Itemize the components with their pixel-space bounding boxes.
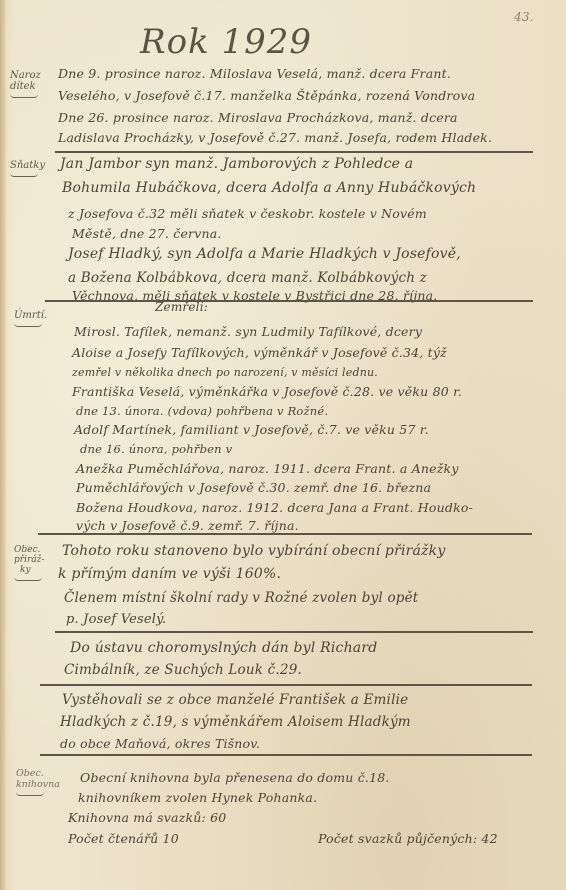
deaths-line: zemřel v několika dnech po narození, v m… — [72, 366, 378, 379]
section-divider — [55, 151, 533, 153]
chronicle-page: 43. Rok 1929 Naroz dítek Dne 9. prosince… — [0, 0, 566, 890]
deaths-line: Františka Veselá, výměnkářka v Josefově … — [72, 384, 462, 399]
emigration-line: Vystěhovali se z obce manželé František … — [62, 692, 408, 708]
page-number: 43. — [514, 10, 534, 24]
section-divider — [38, 533, 532, 535]
emigration-line: do obce Maňová, okres Tišnov. — [60, 736, 260, 751]
surcharges-line: Členem místní školní rady v Rožné zvolen… — [64, 590, 418, 606]
deaths-line: Adolf Martínek, familiant v Josefově, č.… — [74, 422, 429, 437]
births-line: Veselého, v Josefově č.17. manželka Štěp… — [58, 88, 475, 103]
emigration-line: Hladkých z č.19, s výměnkářem Aloisem Hl… — [60, 714, 411, 730]
surcharges-line: k přímým daním ve výši 160%. — [58, 566, 281, 582]
margin-label-library: Obec. knihovna — [16, 768, 60, 796]
deaths-line: dne 16. února, pohřben v — [80, 442, 232, 456]
library-line: knihovníkem zvolen Hynek Pohanka. — [78, 790, 317, 805]
deaths-line: Mirosl. Tafílek, nemanž. syn Ludmily Taf… — [74, 324, 422, 339]
asylum-line: Do ústavu choromyslných dán byl Richard — [70, 640, 377, 656]
section-divider — [40, 684, 532, 686]
deaths-line: dne 13. února. (vdova) pohřbena v Rožné. — [76, 404, 328, 418]
births-line: Ladislava Procházky, v Josefově č.27. ma… — [58, 130, 492, 145]
surcharges-line: p. Josef Veselý. — [66, 612, 166, 627]
births-line: Dne 9. prosince naroz. Miloslava Veselá,… — [58, 66, 451, 81]
marriages-line: Josef Hladký, syn Adolfa a Marie Hladkýc… — [68, 246, 461, 262]
page-title: Rok 1929 — [140, 22, 312, 62]
margin-label-deaths: Úmrtí. — [14, 310, 47, 327]
marriages-line: Jan Jambor syn manž. Jamborových z Pohle… — [60, 156, 413, 172]
margin-label-marriages: Sňatky — [10, 160, 45, 177]
library-loans: Počet svazků půjčených: 42 — [318, 831, 498, 846]
marriages-line: z Josefova č.32 měli sňatek v českobr. k… — [68, 206, 427, 221]
asylum-line: Cimbálník, ze Suchých Louk č.29. — [64, 662, 302, 678]
marriages-line: Bohumila Hubáčkova, dcera Adolfa a Anny … — [62, 180, 476, 196]
marriages-line: Městě, dne 27. června. — [72, 226, 222, 241]
deaths-line: Puměchlářových v Josefově č.30. zemř. dn… — [76, 480, 431, 495]
margin-label-births: Naroz dítek — [10, 70, 41, 98]
section-divider — [45, 300, 533, 302]
section-divider — [55, 631, 533, 633]
library-readers: Počet čtenářů 10 — [68, 831, 179, 846]
margin-label-surcharges: Obec. přiráž- ky — [14, 545, 44, 581]
surcharges-line: Tohoto roku stanoveno bylo vybírání obec… — [62, 543, 445, 559]
births-line: Dne 26. prosince naroz. Miroslava Prochá… — [58, 110, 458, 125]
deaths-line: Anežka Puměchlářova, naroz. 1911. dcera … — [76, 461, 459, 476]
deaths-line: Božena Houdkova, naroz. 1912. dcera Jana… — [76, 500, 473, 515]
section-divider — [40, 754, 532, 756]
marriages-line: a Božena Kolbábkova, dcera manž. Kolbábk… — [68, 270, 427, 286]
deaths-line: Aloise a Josefy Tafílkových, výměnkář v … — [72, 345, 447, 360]
library-line: Obecní knihovna byla přenesena do domu č… — [80, 770, 390, 785]
library-volumes: Knihovna má svazků: 60 — [68, 810, 226, 825]
deaths-heading: Zemřeli: — [155, 300, 208, 314]
page-binding-edge — [0, 0, 6, 890]
deaths-line: vých v Josefově č.9. zemř. 7. října. — [76, 518, 299, 533]
